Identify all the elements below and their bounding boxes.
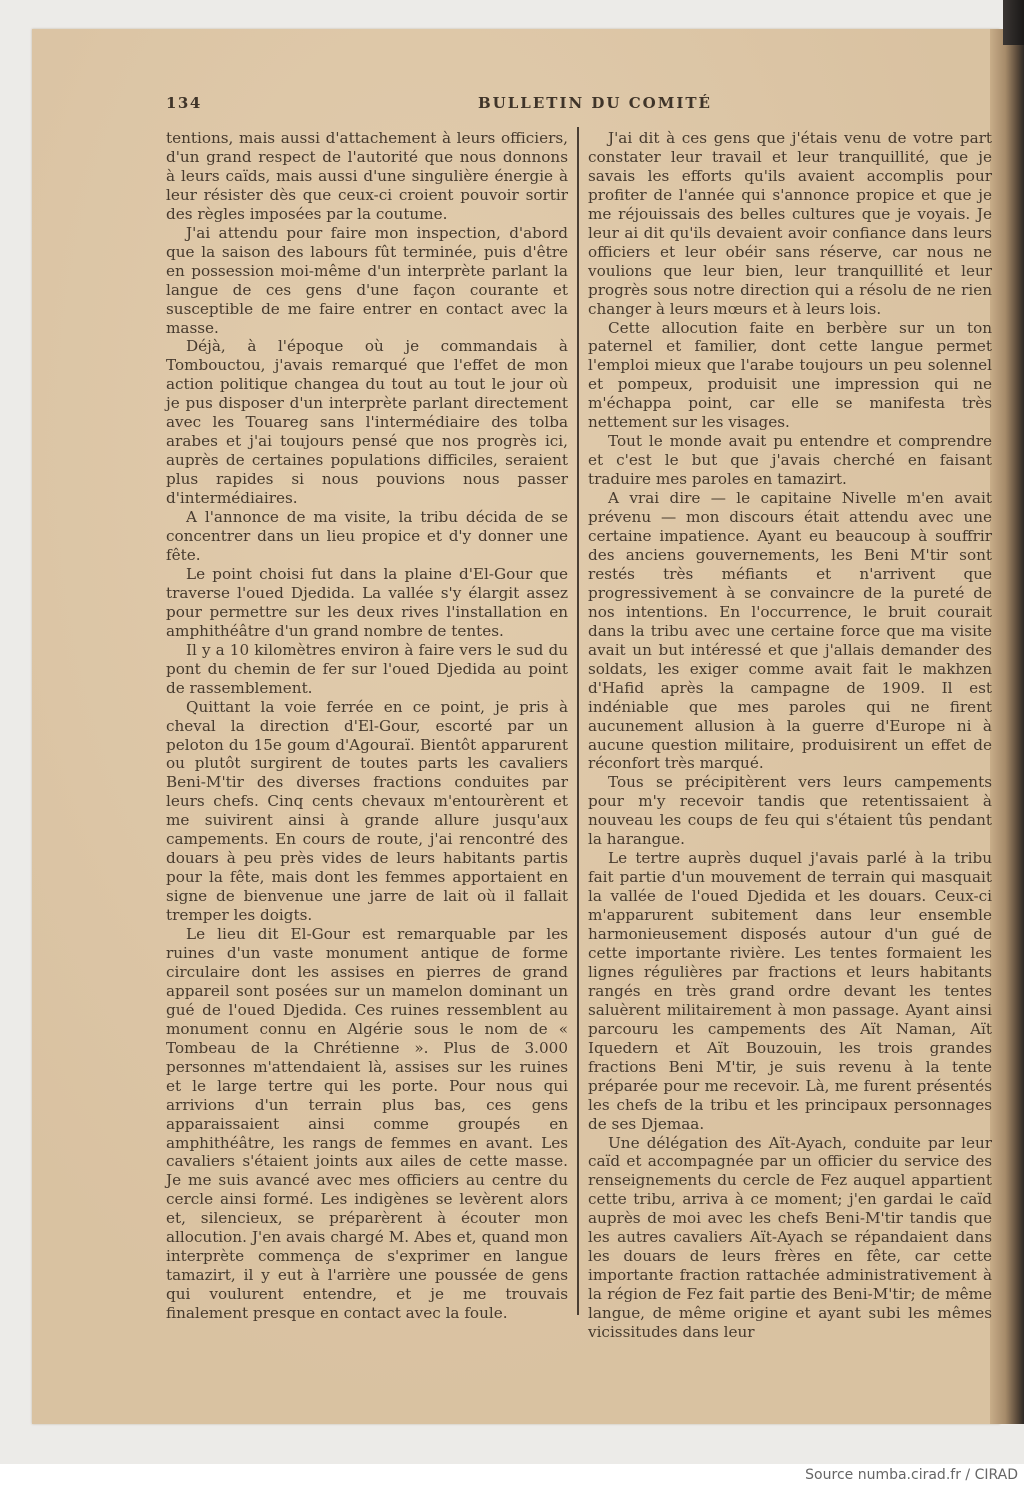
paragraph: Quittant la voie ferrée en ce point, je … (166, 698, 568, 925)
page-header: 134 BULLETIN DU COMITÉ (166, 94, 1000, 116)
paragraph: J'ai dit à ces gens que j'étais venu de … (588, 129, 992, 319)
source-caption: Source numba.cirad.fr / CIRAD (805, 1467, 1018, 1483)
right-column: J'ai dit à ces gens que j'étais venu de … (588, 129, 992, 1342)
page-gutter-shadow (990, 29, 1024, 1424)
page-number: 134 (166, 94, 202, 112)
paragraph: A vrai dire — le capitaine Nivelle m'en … (588, 489, 992, 773)
book-binding-edge (1003, 0, 1024, 45)
paragraph: A l'annonce de ma visite, la tribu décid… (166, 508, 568, 565)
paragraph: Le lieu dit El-Gour est remarquable par … (166, 925, 568, 1323)
paragraph: J'ai attendu pour faire mon inspection, … (166, 224, 568, 338)
paragraph: Une délégation des Aït-Ayach, conduite p… (588, 1134, 992, 1342)
paragraph: Le point choisi fut dans la plaine d'El-… (166, 565, 568, 641)
paragraph: Tout le monde avait pu entendre et compr… (588, 432, 992, 489)
running-head: BULLETIN DU COMITÉ (478, 94, 712, 112)
left-column: tentions, mais aussi d'attachement à leu… (166, 129, 568, 1323)
paragraph: Déjà, à l'époque où je commandais à Tomb… (166, 337, 568, 508)
paragraph: Le tertre auprès duquel j'avais parlé à … (588, 849, 992, 1133)
paragraph: Il y a 10 kilomètres environ à faire ver… (166, 641, 568, 698)
column-divider (577, 127, 579, 1315)
paragraph: tentions, mais aussi d'attachement à leu… (166, 129, 568, 224)
paragraph: Cette allocution faite en berbère sur un… (588, 319, 992, 433)
paragraph: Tous se précipitèrent vers leurs campeme… (588, 773, 992, 849)
